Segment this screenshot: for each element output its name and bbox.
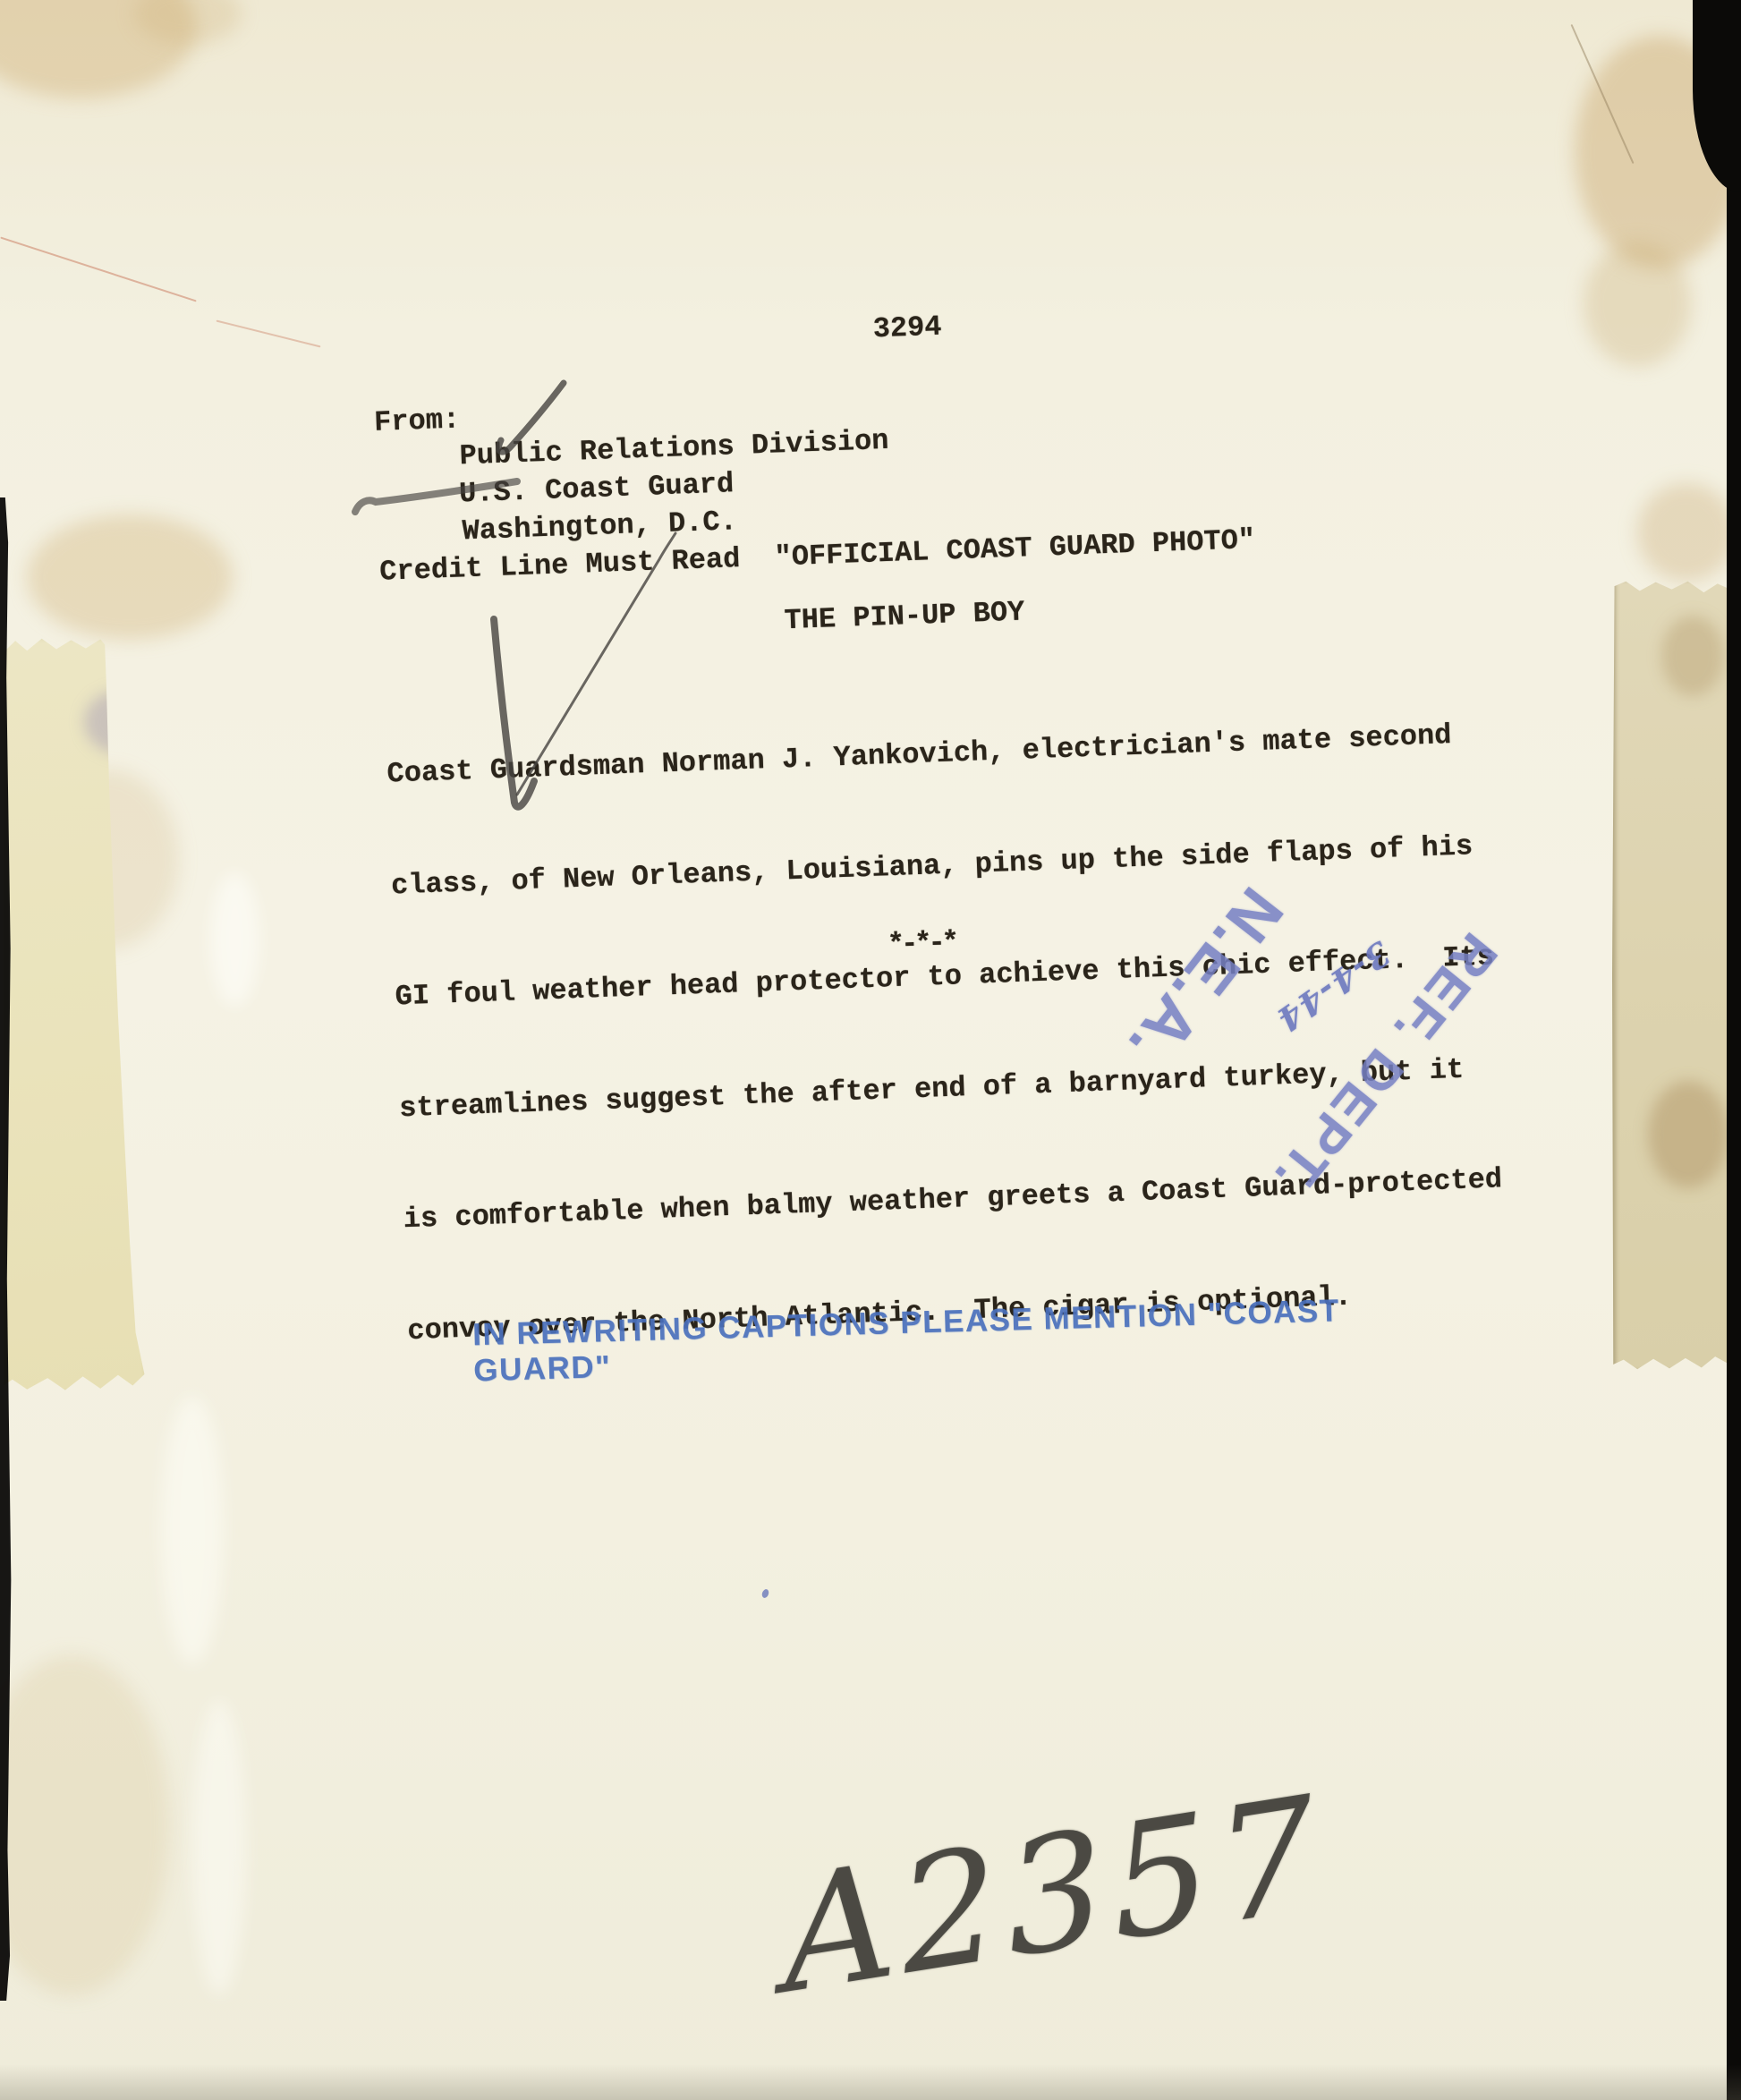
white-smudge <box>192 1700 246 1995</box>
white-smudge <box>210 872 259 1007</box>
photo-number: 3294 <box>872 309 942 348</box>
tape-strip-right <box>1612 580 1727 1371</box>
scan-edge-bottom-shade <box>0 2064 1741 2100</box>
scan-edge-right <box>1727 0 1741 2100</box>
stain-left-above-tape <box>27 514 233 640</box>
scanned-photo-back: 3294 From: Public Relations Division U.S… <box>0 0 1741 2100</box>
asterisk-separator: *-*-* <box>887 923 955 963</box>
tape-stain-brown <box>1661 616 1724 696</box>
from-label: From: <box>373 401 460 441</box>
stain-top-right-mid <box>1584 242 1691 367</box>
stain-right-above-tape <box>1637 483 1736 582</box>
caption-line: Coast Guardsman Norman J. Yankovich, ele… <box>386 716 1487 794</box>
tape-stain-brown <box>1648 1081 1728 1188</box>
caption-line: class, of New Orleans, Louisiana, pins u… <box>390 827 1490 905</box>
white-smudge <box>161 1396 224 1664</box>
